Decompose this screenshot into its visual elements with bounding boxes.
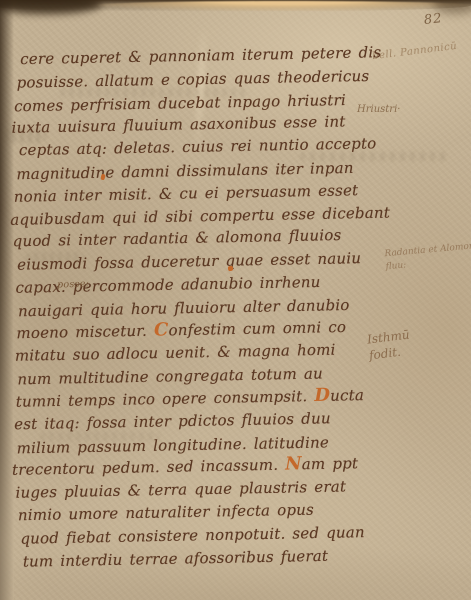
main-text-block: cere cuperet & pannoniam iterum petere d… (0, 41, 430, 573)
page-top-edge-highlight (84, 1, 471, 11)
rubricated-initial: D (314, 385, 330, 406)
text-segment: trecentoru pedum. sed incassum. (12, 456, 285, 479)
margin-note-canal: Isthmū fodit. (366, 327, 412, 364)
text-segment: am ppt (302, 455, 359, 474)
text-segment: onfestim cum omni co (168, 317, 346, 338)
interlinear-gloss: posse: (57, 278, 90, 290)
margin-note-pagus: Hriustri· (357, 104, 400, 115)
text-segment: moeno miscetur. (16, 321, 154, 342)
folio-number: 82 (423, 11, 443, 28)
rubricated-initial: N (285, 454, 302, 475)
manuscript-page: 82 bell. Pannonicū cere cuperet & pannon… (0, 0, 471, 600)
rubricated-initial: C (154, 319, 169, 340)
text-segment: ucta (330, 386, 364, 405)
top-left-corner-shadow (0, 0, 102, 14)
